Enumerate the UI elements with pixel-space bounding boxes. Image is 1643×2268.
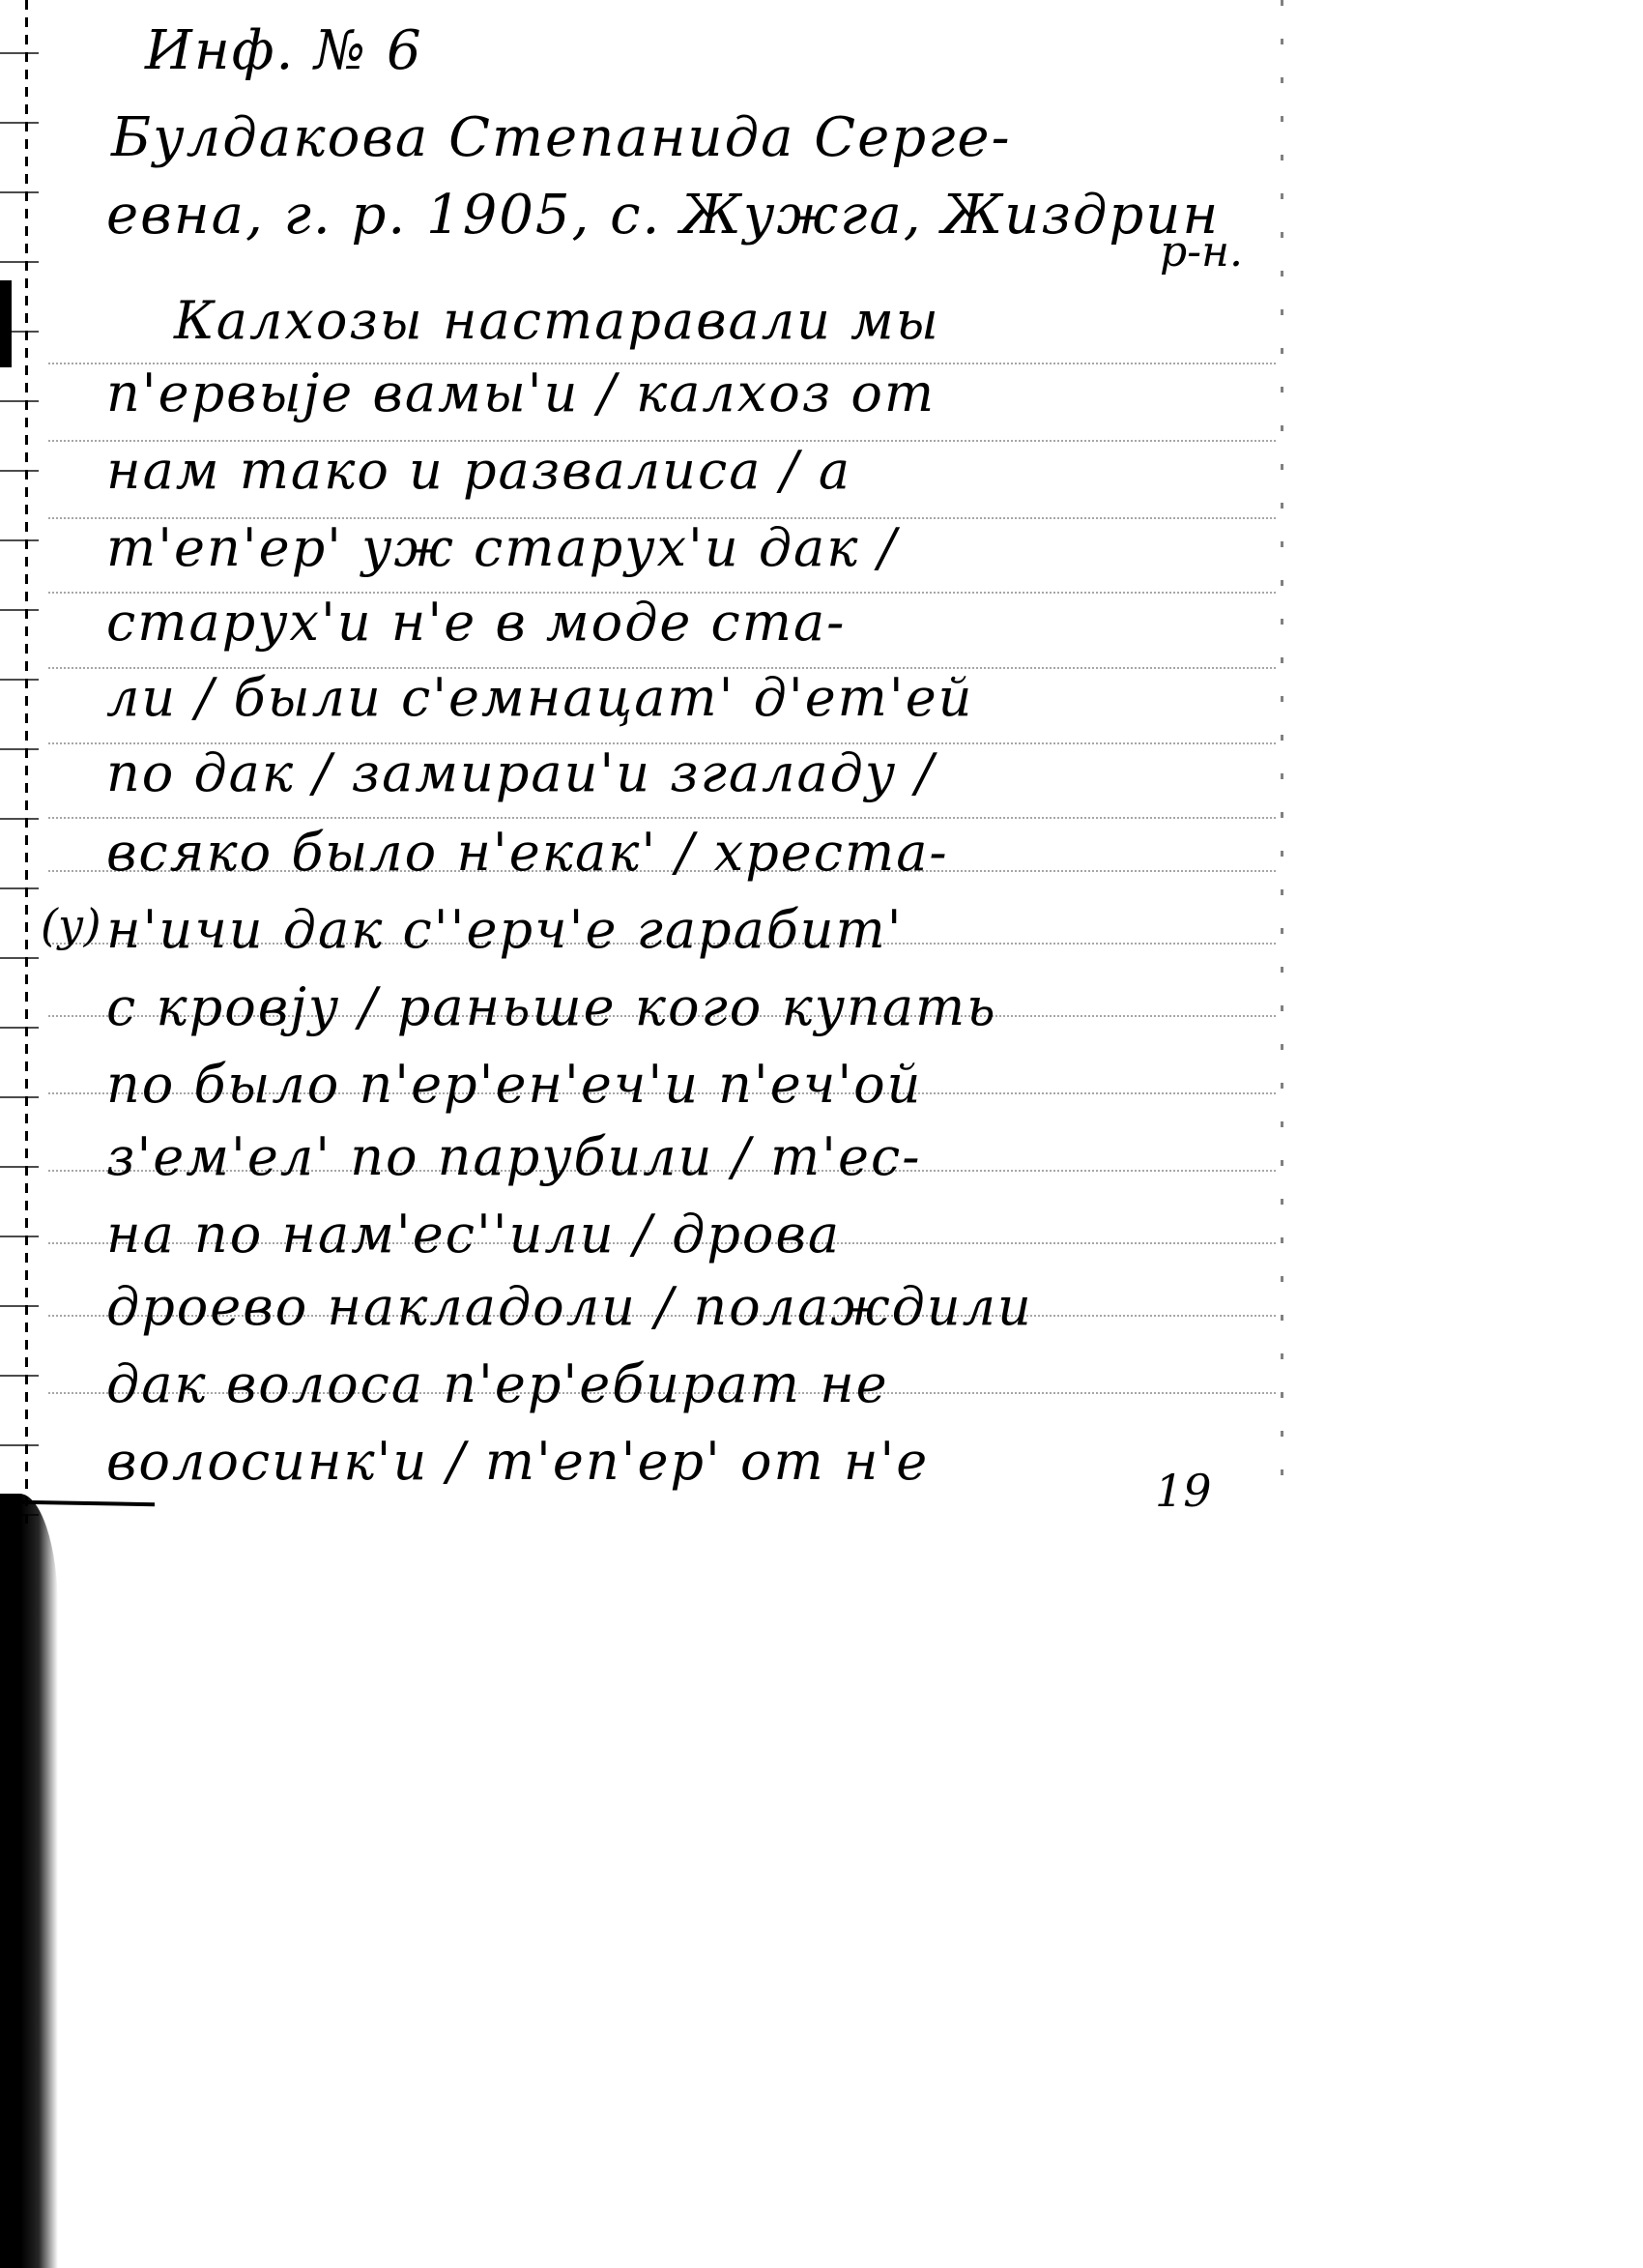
binding-shadow-upper — [0, 280, 12, 367]
body-line: Калхозы настаравали мы — [174, 290, 940, 351]
informant-number: Инф. № 6 — [145, 19, 423, 82]
body-line: н'ичи дак с''ерч'е гарабит' — [106, 899, 904, 960]
body-line: с кровjу / раньше кого купать — [106, 976, 997, 1037]
margin-rule-line — [25, 0, 28, 1527]
ruled-line — [48, 817, 1276, 819]
body-line: нам тако и развалиса / а — [106, 440, 851, 501]
margin-note: (у) — [41, 899, 101, 951]
page-number: 19 — [1155, 1465, 1212, 1517]
body-line: волосинк'и / т'еп'ер' от н'е — [106, 1431, 929, 1492]
informant-name-line-2: евна, г. р. 1905, с. Жужга, Жиздрин — [106, 184, 1220, 247]
body-line: п'ервыjе вамы'и / калхоз от — [106, 363, 936, 423]
district-suffix: р-н. — [1160, 227, 1243, 276]
binding-shadow — [0, 1494, 58, 2268]
page-right-edge — [1281, 0, 1283, 1508]
body-line: старух'и н'е в моде ста- — [106, 592, 846, 653]
body-line: з'ем'ел' по парубили / т'ес- — [106, 1126, 921, 1187]
body-line: всяко было н'екак' / хреста- — [106, 822, 949, 883]
body-line: т'еп'ер' уж старух'и дак / — [106, 517, 898, 578]
informant-name-line-1: Булдакова Степанида Серге- — [111, 106, 1011, 169]
body-line: на по нам'ес''или / дрова — [106, 1204, 841, 1265]
page-bottom-edge-line — [19, 1500, 155, 1506]
body-line: по было п'ер'ен'еч'и п'еч'ой — [106, 1054, 922, 1115]
body-line: ли / были с'емнацат' д'ет'ей — [106, 667, 973, 728]
body-line: по дак / замираи'и згаладу / — [106, 742, 936, 803]
margin-ruling-ticks — [0, 0, 39, 1527]
body-line: дроево накладоли / полаждили — [106, 1276, 1033, 1337]
body-line: дак волоса п'ер'ебират не — [106, 1353, 889, 1414]
